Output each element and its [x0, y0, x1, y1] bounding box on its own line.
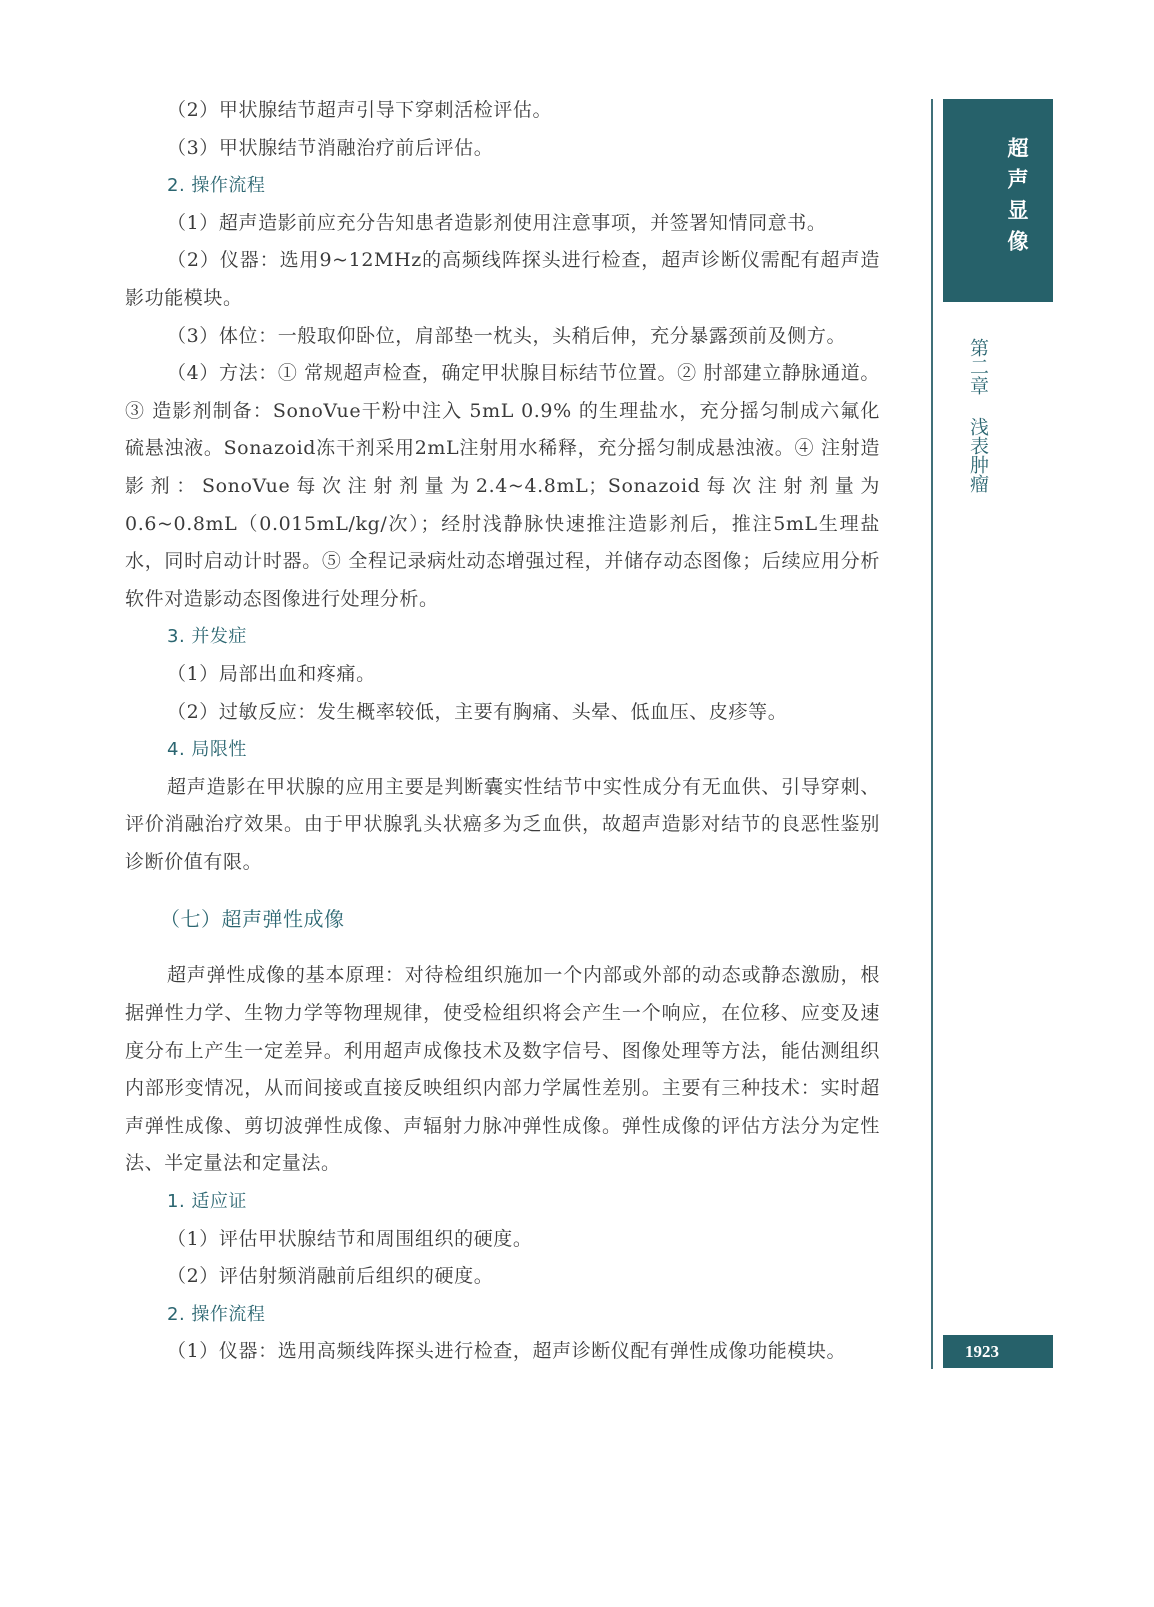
paragraph: （4）方法：① 常规超声检查，确定甲状腺目标结节位置。② 肘部建立静脉通道。③ … — [125, 355, 880, 618]
chapter-number: 第二章 — [958, 338, 998, 395]
paragraph: （3）体位：一般取仰卧位，肩部垫一枕头，头稍后伸，充分暴露颈前及侧方。 — [125, 318, 880, 356]
subheading-limitations: 4. 局限性 — [125, 731, 880, 769]
paragraph: （1）超声造影前应充分告知患者造影剂使用注意事项，并签署知情同意书。 — [125, 205, 880, 243]
subheading-complications: 3. 并发症 — [125, 618, 880, 656]
paragraph: 超声弹性成像的基本原理：对待检组织施加一个内部或外部的动态或静态激励，根据弹性力… — [125, 957, 880, 1183]
section-tab: 超声显像 — [943, 99, 1053, 302]
margin-rule-divider — [931, 99, 933, 1369]
list-item: （3）甲状腺结节消融治疗前后评估。 — [125, 130, 880, 168]
list-item: （1）局部出血和疼痛。 — [125, 656, 880, 694]
list-item: （1）仪器：选用高频线阵探头进行检查，超声诊断仪配有弹性成像功能模块。 — [125, 1333, 880, 1371]
paragraph: 超声造影在甲状腺的应用主要是判断囊实性结节中实性成分有无血供、引导穿刺、评价消融… — [125, 769, 880, 882]
chapter-label: 第二章浅表肿瘤 — [958, 338, 998, 493]
section-heading-elastography: （七）超声弹性成像 — [125, 899, 880, 939]
chapter-title: 浅表肿瘤 — [958, 417, 998, 493]
subheading-procedure-2: 2. 操作流程 — [125, 1296, 880, 1334]
list-item: （2）过敏反应：发生概率较低，主要有胸痛、头晕、低血压、皮疹等。 — [125, 694, 880, 732]
paragraph: （2）仪器：选用9~12MHz的高频线阵探头进行检查，超声诊断仪需配有超声造影功… — [125, 242, 880, 317]
page-body: （2）甲状腺结节超声引导下穿刺活检评估。 （3）甲状腺结节消融治疗前后评估。 2… — [125, 92, 880, 1371]
list-item: （2）评估射频消融前后组织的硬度。 — [125, 1258, 880, 1296]
subheading-procedure: 2. 操作流程 — [125, 167, 880, 205]
document-page: （2）甲状腺结节超声引导下穿刺活检评估。 （3）甲状腺结节消融治疗前后评估。 2… — [0, 0, 1154, 1607]
list-item: （1）评估甲状腺结节和周围组织的硬度。 — [125, 1221, 880, 1259]
section-tab-label: 超声显像 — [961, 137, 1033, 261]
page-number: 1923 — [943, 1335, 1053, 1368]
subheading-indications: 1. 适应证 — [125, 1183, 880, 1221]
list-item: （2）甲状腺结节超声引导下穿刺活检评估。 — [125, 92, 880, 130]
